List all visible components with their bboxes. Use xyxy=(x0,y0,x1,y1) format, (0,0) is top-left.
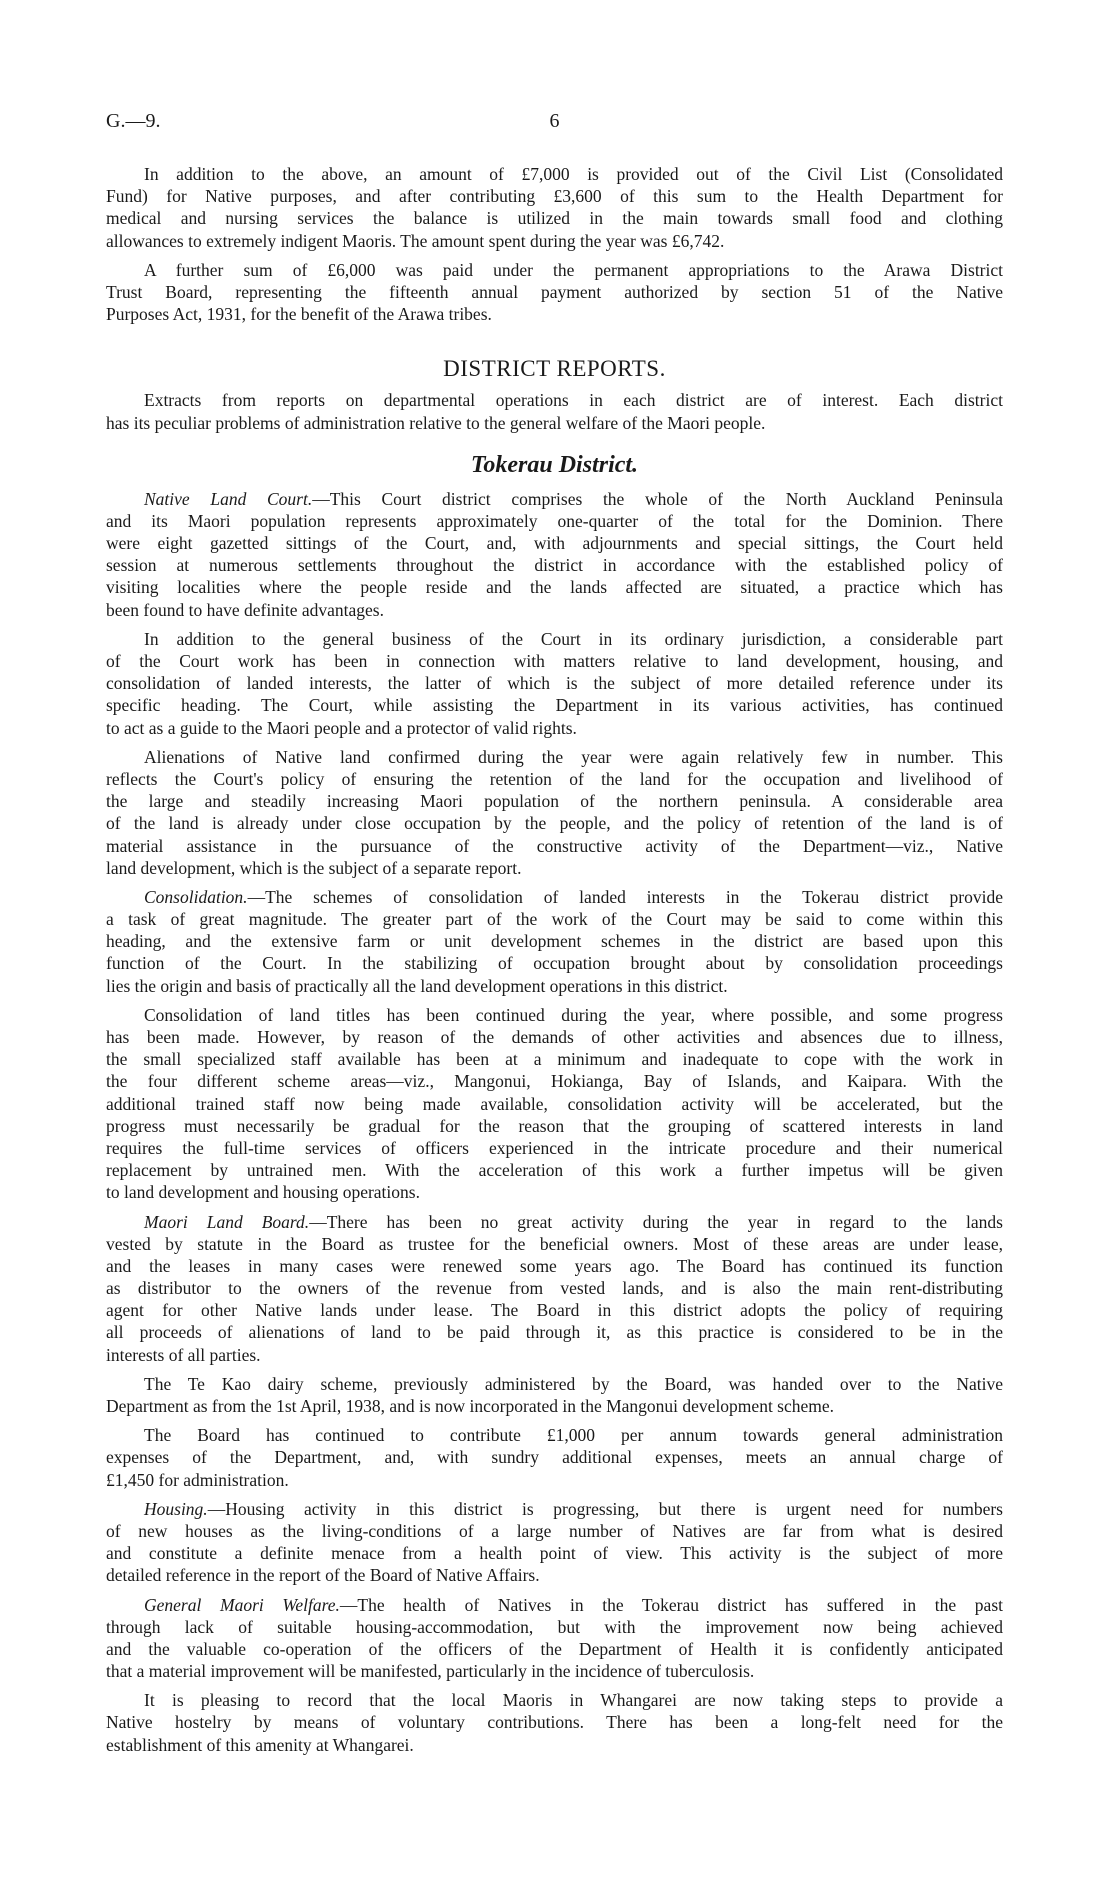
text-line: detailed reference in the report of the … xyxy=(106,1564,1003,1586)
text-line: expenses of the Department, and, with su… xyxy=(106,1446,1003,1468)
opening-paragraphs: In addition to the above, an amount of £… xyxy=(106,163,1003,325)
section-intro: Extracts from reports on departmental op… xyxy=(106,389,1003,433)
line-text: £1,450 for administration. xyxy=(106,1470,289,1490)
paragraph: A further sum of £6,000 was paid under t… xyxy=(106,259,1003,326)
running-header: G.—9. 6 xyxy=(106,110,1003,136)
text-line: £1,450 for administration. xyxy=(106,1469,1003,1491)
line-text: —Housing activity in this district is pr… xyxy=(208,1499,1003,1519)
line-text: Consolidation of land titles has been co… xyxy=(144,1005,1003,1025)
line-text: has its peculiar problems of administrat… xyxy=(106,413,765,433)
section-heading: DISTRICT REPORTS. xyxy=(106,355,1003,383)
line-text: as distributor to the owners of the reve… xyxy=(106,1278,1003,1298)
line-text: —This Court district comprises the whole… xyxy=(312,489,1003,509)
line-text: Alienations of Native land confirmed dur… xyxy=(144,747,1003,767)
text-line: reflects the Court's policy of ensuring … xyxy=(106,768,1003,790)
line-text: material assistance in the pursuance of … xyxy=(106,836,1003,856)
text-line: a task of great magnitude. The greater p… xyxy=(106,908,1003,930)
text-line: the large and steadily increasing Maori … xyxy=(106,790,1003,812)
text-line: specific heading. The Court, while assis… xyxy=(106,694,1003,716)
line-text: all proceeds of alienations of land to b… xyxy=(106,1322,1003,1342)
line-text: In addition to the above, an amount of £… xyxy=(144,164,1003,184)
paragraph: Maori Land Board.—There has been no grea… xyxy=(106,1211,1003,1366)
paragraph: The Board has continued to contribute £1… xyxy=(106,1424,1003,1491)
text-line: all proceeds of alienations of land to b… xyxy=(106,1321,1003,1343)
line-text: —There has been no great activity during… xyxy=(309,1212,1003,1232)
text-line: Maori Land Board.—There has been no grea… xyxy=(106,1211,1003,1233)
line-text: to land development and housing operatio… xyxy=(106,1182,420,1202)
text-line: A further sum of £6,000 was paid under t… xyxy=(106,259,1003,281)
line-text: of new houses as the living-conditions o… xyxy=(106,1521,1003,1541)
line-text: The Board has continued to contribute £1… xyxy=(144,1425,1003,1445)
text-line: agent for other Native lands under lease… xyxy=(106,1299,1003,1321)
text-line: were eight gazetted sittings of the Cour… xyxy=(106,532,1003,554)
text-line: to act as a guide to the Maori people an… xyxy=(106,717,1003,739)
line-text: that a material improvement will be mani… xyxy=(106,1661,754,1681)
text-line: establishment of this amenity at Whangar… xyxy=(106,1734,1003,1756)
text-line: The Te Kao dairy scheme, previously admi… xyxy=(106,1373,1003,1395)
line-text: It is pleasing to record that the local … xyxy=(144,1690,1003,1710)
line-text: allowances to extremely indigent Maoris.… xyxy=(106,231,724,251)
line-text: has been made. However, by reason of the… xyxy=(106,1027,1003,1047)
line-text: of the Court work has been in connection… xyxy=(106,651,1003,671)
line-text: were eight gazetted sittings of the Cour… xyxy=(106,533,1003,553)
text-line: lies the origin and basis of practically… xyxy=(106,975,1003,997)
line-text: a task of great magnitude. The greater p… xyxy=(106,909,1003,929)
line-text: to act as a guide to the Maori people an… xyxy=(106,718,577,738)
text-line: land development, which is the subject o… xyxy=(106,857,1003,879)
line-text: heading, and the extensive farm or unit … xyxy=(106,931,1003,951)
text-line: replacement by untrained men. With the a… xyxy=(106,1159,1003,1181)
paragraph: Consolidation.—The schemes of consolidat… xyxy=(106,886,1003,997)
text-line: In addition to the general business of t… xyxy=(106,628,1003,650)
text-line: function of the Court. In the stabilizin… xyxy=(106,952,1003,974)
line-text: and the valuable co-operation of the off… xyxy=(106,1639,1003,1659)
paragraph-lead-heading: Maori Land Board. xyxy=(144,1212,309,1232)
paragraph: The Te Kao dairy scheme, previously admi… xyxy=(106,1373,1003,1417)
line-text: detailed reference in the report of the … xyxy=(106,1565,540,1585)
line-text: specific heading. The Court, while assis… xyxy=(106,695,1003,715)
text-line: The Board has continued to contribute £1… xyxy=(106,1424,1003,1446)
text-line: Alienations of Native land confirmed dur… xyxy=(106,746,1003,768)
text-line: allowances to extremely indigent Maoris.… xyxy=(106,230,1003,252)
paragraph: General Maori Welfare.—The health of Nat… xyxy=(106,1594,1003,1683)
line-text: and its Maori population represents appr… xyxy=(106,511,1003,531)
text-line: and the valuable co-operation of the off… xyxy=(106,1638,1003,1660)
text-line: as distributor to the owners of the reve… xyxy=(106,1277,1003,1299)
line-text: The Te Kao dairy scheme, previously admi… xyxy=(144,1374,1003,1394)
line-text: A further sum of £6,000 was paid under t… xyxy=(144,260,1003,280)
text-line: Fund) for Native purposes, and after con… xyxy=(106,185,1003,207)
text-line: General Maori Welfare.—The health of Nat… xyxy=(106,1594,1003,1616)
line-text: through lack of suitable housing-accommo… xyxy=(106,1617,1003,1637)
line-text: the small specialized staff available ha… xyxy=(106,1049,1003,1069)
line-text: lies the origin and basis of practically… xyxy=(106,976,728,996)
line-text: session at numerous settlements througho… xyxy=(106,555,1003,575)
line-text: expenses of the Department, and, with su… xyxy=(106,1447,1003,1467)
text-line: It is pleasing to record that the local … xyxy=(106,1689,1003,1711)
line-text: establishment of this amenity at Whangar… xyxy=(106,1735,414,1755)
subsection-paragraphs: Native Land Court.—This Court district c… xyxy=(106,488,1003,1756)
text-line: Consolidation of land titles has been co… xyxy=(106,1004,1003,1026)
line-text: progress must necessarily be gradual for… xyxy=(106,1116,1003,1136)
line-text: reflects the Court's policy of ensuring … xyxy=(106,769,1003,789)
text-line: has been made. However, by reason of the… xyxy=(106,1026,1003,1048)
line-text: interests of all parties. xyxy=(106,1345,261,1365)
text-line: and its Maori population represents appr… xyxy=(106,510,1003,532)
text-line: that a material improvement will be mani… xyxy=(106,1660,1003,1682)
text-line: Trust Board, representing the fifteenth … xyxy=(106,281,1003,303)
line-text: land development, which is the subject o… xyxy=(106,858,521,878)
line-text: visiting localities where the people res… xyxy=(106,577,1003,597)
line-text: been found to have definite advantages. xyxy=(106,600,384,620)
text-line: progress must necessarily be gradual for… xyxy=(106,1115,1003,1137)
paragraph: Alienations of Native land confirmed dur… xyxy=(106,746,1003,879)
paragraph: In addition to the general business of t… xyxy=(106,628,1003,739)
paragraph-lead-heading: Housing. xyxy=(144,1499,208,1519)
line-text: of the land is already under close occup… xyxy=(106,813,1003,833)
line-text: function of the Court. In the stabilizin… xyxy=(106,953,1003,973)
paragraph-lead-heading: General Maori Welfare. xyxy=(144,1595,340,1615)
line-text: Fund) for Native purposes, and after con… xyxy=(106,186,1003,206)
line-text: —The schemes of consolidation of landed … xyxy=(248,887,1003,907)
text-line: heading, and the extensive farm or unit … xyxy=(106,930,1003,952)
line-text: and constitute a definite menace from a … xyxy=(106,1543,1003,1563)
text-line: and constitute a definite menace from a … xyxy=(106,1542,1003,1564)
text-line: requires the full-time services of offic… xyxy=(106,1137,1003,1159)
text-line: of the land is already under close occup… xyxy=(106,812,1003,834)
page-number: 6 xyxy=(106,110,1003,133)
text-line: material assistance in the pursuance of … xyxy=(106,835,1003,857)
text-line: Consolidation.—The schemes of consolidat… xyxy=(106,886,1003,908)
text-line: interests of all parties. xyxy=(106,1344,1003,1366)
text-line: of the Court work has been in connection… xyxy=(106,650,1003,672)
line-text: consolidation of landed interests, the l… xyxy=(106,673,1003,693)
line-text: requires the full-time services of offic… xyxy=(106,1138,1003,1158)
text-line: has its peculiar problems of administrat… xyxy=(106,412,1003,434)
text-line: Housing.—Housing activity in this distri… xyxy=(106,1498,1003,1520)
line-text: replacement by untrained men. With the a… xyxy=(106,1160,1003,1180)
document-body: In addition to the above, an amount of £… xyxy=(106,163,1003,1763)
paragraph-lead-heading: Consolidation. xyxy=(144,887,248,907)
text-line: the small specialized staff available ha… xyxy=(106,1048,1003,1070)
paragraph: Housing.—Housing activity in this distri… xyxy=(106,1498,1003,1587)
line-text: vested by statute in the Board as truste… xyxy=(106,1234,1003,1254)
line-text: the four different scheme areas—viz., Ma… xyxy=(106,1071,1003,1091)
paragraph: Native Land Court.—This Court district c… xyxy=(106,488,1003,621)
line-text: agent for other Native lands under lease… xyxy=(106,1300,1003,1320)
text-line: In addition to the above, an amount of £… xyxy=(106,163,1003,185)
line-text: Purposes Act, 1931, for the benefit of t… xyxy=(106,304,492,324)
line-text: Extracts from reports on departmental op… xyxy=(144,390,1003,410)
text-line: the four different scheme areas—viz., Ma… xyxy=(106,1070,1003,1092)
line-text: —The health of Natives in the Tokerau di… xyxy=(340,1595,1003,1615)
text-line: Department as from the 1st April, 1938, … xyxy=(106,1395,1003,1417)
line-text: In addition to the general business of t… xyxy=(144,629,1003,649)
text-line: to land development and housing operatio… xyxy=(106,1181,1003,1203)
text-line: Native hostelry by means of voluntary co… xyxy=(106,1711,1003,1733)
subsection-heading: Tokerau District. xyxy=(106,450,1003,480)
text-line: session at numerous settlements througho… xyxy=(106,554,1003,576)
paragraph: Extracts from reports on departmental op… xyxy=(106,389,1003,433)
line-text: Native hostelry by means of voluntary co… xyxy=(106,1712,1003,1732)
paragraph: It is pleasing to record that the local … xyxy=(106,1689,1003,1756)
paragraph: Consolidation of land titles has been co… xyxy=(106,1004,1003,1204)
text-line: medical and nursing services the balance… xyxy=(106,207,1003,229)
paragraph: In addition to the above, an amount of £… xyxy=(106,163,1003,252)
text-line: Extracts from reports on departmental op… xyxy=(106,389,1003,411)
line-text: Department as from the 1st April, 1938, … xyxy=(106,1396,834,1416)
paragraph-lead-heading: Native Land Court. xyxy=(144,489,312,509)
text-line: vested by statute in the Board as truste… xyxy=(106,1233,1003,1255)
text-line: visiting localities where the people res… xyxy=(106,576,1003,598)
text-line: consolidation of landed interests, the l… xyxy=(106,672,1003,694)
line-text: additional trained staff now being made … xyxy=(106,1094,1003,1114)
text-line: been found to have definite advantages. xyxy=(106,599,1003,621)
text-line: additional trained staff now being made … xyxy=(106,1093,1003,1115)
text-line: Purposes Act, 1931, for the benefit of t… xyxy=(106,303,1003,325)
text-line: through lack of suitable housing-accommo… xyxy=(106,1616,1003,1638)
line-text: the large and steadily increasing Maori … xyxy=(106,791,1003,811)
line-text: medical and nursing services the balance… xyxy=(106,208,1003,228)
text-line: of new houses as the living-conditions o… xyxy=(106,1520,1003,1542)
text-line: Native Land Court.—This Court district c… xyxy=(106,488,1003,510)
text-line: and the leases in many cases were renewe… xyxy=(106,1255,1003,1277)
line-text: Trust Board, representing the fifteenth … xyxy=(106,282,1003,302)
line-text: and the leases in many cases were renewe… xyxy=(106,1256,1003,1276)
